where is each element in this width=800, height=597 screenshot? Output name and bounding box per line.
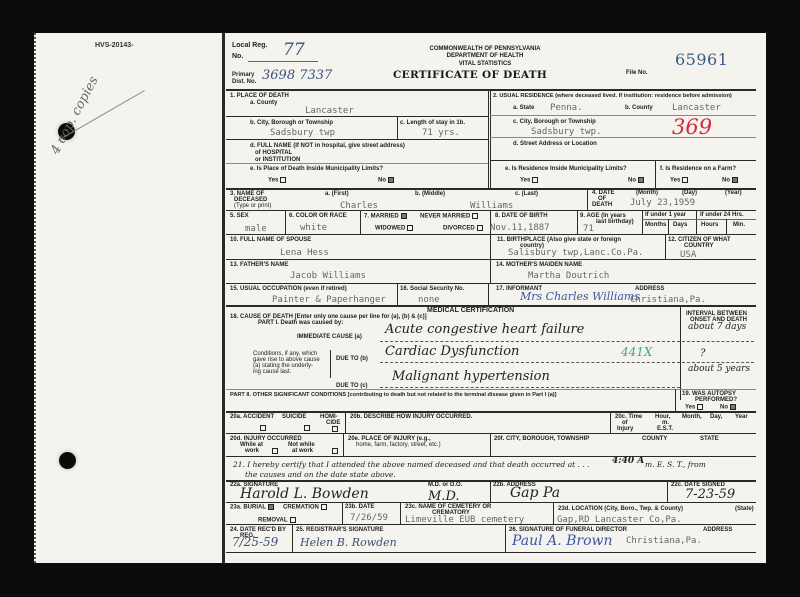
under-24-label: If under 24 Hrs. <box>700 212 744 219</box>
residence-code: 369 <box>672 115 712 139</box>
sex: male <box>245 224 267 234</box>
certification-statement: 21. I hereby certify that I attended the… <box>233 460 590 469</box>
age: 71 <box>583 224 594 234</box>
due-to-b-cause: Cardiac Dysfunction <box>385 344 519 359</box>
year-label: (Year) <box>725 190 742 197</box>
length-of-stay: 71 yrs. <box>422 128 460 138</box>
while-at-work-checkbox[interactable] <box>272 448 278 454</box>
widowed-option[interactable]: WIDOWED <box>375 225 413 232</box>
immediate-cause: Acute congestive heart failure <box>385 322 584 337</box>
residence-label: 2. USUAL RESIDENCE (where deceased lived… <box>493 93 732 99</box>
injury-year-label: Year <box>735 414 748 421</box>
location-state-label: (State) <box>735 506 754 513</box>
first-name-label: a. (First) <box>325 191 349 198</box>
time-injury-label-3: Injury <box>617 426 633 433</box>
res-county: Lancaster <box>672 103 721 113</box>
disease-code: 441X <box>621 345 652 359</box>
farm-no[interactable]: No <box>722 177 738 184</box>
cremation-option[interactable]: CREMATION <box>283 504 327 511</box>
part2-label: PART II. OTHER SIGNIFICANT CONDITIONS [c… <box>230 392 557 398</box>
date-recd-label: 24. DATE REC'D BY <box>230 527 286 534</box>
res-state: Penna. <box>550 103 583 113</box>
physician-signature: Harold L. Bowden <box>240 486 369 502</box>
physician-address: Gap Pa <box>510 485 560 501</box>
res-city: Sadsbury twp. <box>531 127 601 137</box>
immediate-cause-label: IMMEDIATE CAUSE (a) <box>297 334 362 341</box>
race-label: 6. COLOR OR RACE <box>289 213 347 220</box>
local-reg-label: Local Reg. <box>232 42 267 50</box>
not-at-work-checkbox[interactable] <box>332 448 338 454</box>
injury-state-label: STATE <box>700 436 719 443</box>
due-to-c-cause: Malignant hypertension <box>392 369 550 384</box>
informant-address-label: ADDRESS <box>635 286 664 293</box>
birthplace-label: 11. BIRTHPLACE (Also give state or forei… <box>497 237 621 244</box>
local-reg-no-label: No. <box>232 53 243 61</box>
not-at-work-label-2: at work <box>292 448 313 455</box>
informant-name: Mrs Charles Williams <box>520 290 640 303</box>
death-city-label: b. City, Borough or Township <box>250 120 333 127</box>
suicide-checkbox[interactable] <box>304 425 310 431</box>
hospital-label: d. FULL NAME (If NOT in hospital, give s… <box>250 143 405 150</box>
agency-line-1: COMMONWEALTH OF PENNSYLVANIA <box>415 46 555 52</box>
md-label: M.D. or D.O. <box>428 482 462 489</box>
immediate-interval: about 7 days <box>688 322 746 332</box>
funeral-director-signature: Paul A. Brown <box>512 533 613 549</box>
farm-yes[interactable]: Yes <box>670 177 688 184</box>
local-reg-number: 77 <box>283 40 305 60</box>
agency-line-2: DEPARTMENT OF HEALTH <box>415 53 555 59</box>
middle-name-label: b. (Middle) <box>415 191 445 198</box>
accident-checkbox[interactable] <box>260 425 266 431</box>
funeral-address-label: ADDRESS <box>703 527 732 534</box>
hour-label-3: E.S.T. <box>657 426 673 433</box>
death-city: Sadsbury twp <box>270 128 335 138</box>
informant-address: Christiana,Pa. <box>630 295 706 305</box>
autopsy-label-2: PERFORMED? <box>695 397 737 404</box>
never-married-option[interactable]: NEVER MARRIED <box>420 213 478 220</box>
registrar-signature-label: 25. REGISTRAR'S SIGNATURE <box>296 527 383 534</box>
injury-day-label: Day, <box>710 414 722 421</box>
farm-label: f. Is Residence on a Farm? <box>660 166 736 173</box>
birthplace: Salisbury twp,Lanc.Co.Pa. <box>508 248 643 258</box>
res-city-label: c. City, Borough or Township <box>513 119 596 126</box>
month-label: (Month) <box>636 190 658 197</box>
due-to-b-label: DUE TO (b) <box>336 356 368 363</box>
spouse-name: Lena Hess <box>280 248 329 258</box>
describe-injury-label: 20b. DESCRIBE HOW INJURY OCCURRED. <box>350 414 472 421</box>
punch-hole <box>59 452 76 469</box>
father-label: 13. FATHER'S NAME <box>230 262 288 269</box>
form-code: HVS-20143- <box>95 42 134 49</box>
primary-dist-label: Primary <box>232 72 254 79</box>
occupation: Painter & Paperhanger <box>272 295 386 305</box>
injury-month-label: Month, <box>682 414 702 421</box>
mother-maiden-name: Martha Doutrich <box>528 271 609 281</box>
death-county: Lancaster <box>305 106 354 116</box>
certification-statement-2: m. E. S. T., from <box>645 460 706 469</box>
date-of-death-label-3: DEATH <box>592 202 612 209</box>
burial-option[interactable]: 23a. BURIAL <box>230 504 274 511</box>
occupation-label: 15. USUAL OCCUPATION (even if retired) <box>230 286 347 293</box>
date-of-death: July 23,1959 <box>630 198 695 208</box>
page-title: CERTIFICATE OF DEATH <box>393 69 547 81</box>
months-label: Months <box>645 222 666 229</box>
ssn-label: 16. Social Security No. <box>400 286 464 293</box>
death-limits-no[interactable]: No <box>378 177 394 184</box>
name-label-3: (Type or print) <box>234 203 271 210</box>
age-label-2: last birthday) <box>596 219 634 226</box>
injury-county-label: COUNTY <box>642 436 667 443</box>
injury-city-label: 20f. CITY, BOROUGH, TOWNSHIP <box>494 436 589 443</box>
mother-label: 14. MOTHER'S MAIDEN NAME <box>496 262 582 269</box>
primary-dist-number: 3698 7337 <box>262 68 332 83</box>
days-label: Days <box>673 222 687 229</box>
while-at-work-label-2: work <box>245 448 259 455</box>
min-label: Min. <box>733 222 745 229</box>
medical-cert-title: MEDICAL CERTIFICATION <box>427 307 514 315</box>
death-time: 4:40 A <box>612 456 644 466</box>
homicide-checkbox[interactable] <box>332 426 338 432</box>
last-name-label: c. (Last) <box>515 191 538 198</box>
funeral-director-address: Christiana,Pa. <box>626 536 702 546</box>
agency-line-3: VITAL STATISTICS <box>415 61 555 67</box>
certification-statement-3: the causes and on the date state above. <box>245 470 396 479</box>
day-label: (Day) <box>682 190 697 197</box>
burial-date: 7/26/59 <box>350 513 388 523</box>
suicide-option[interactable]: SUICIDE <box>282 414 306 421</box>
county-label: a. County <box>250 100 277 107</box>
hours-label: Hours <box>701 222 718 229</box>
primary-dist-label-2: Dist. No. <box>232 79 256 86</box>
part1-label: PART I. Death was caused by: <box>258 320 343 327</box>
res-county-label: b. County <box>625 105 653 112</box>
under-year-label: If under 1 year <box>645 212 686 219</box>
res-limits-no[interactable]: No <box>628 177 644 184</box>
accident-option[interactable]: 20a. ACCIDENT <box>230 414 274 421</box>
file-number: 65961 <box>675 50 728 69</box>
death-inside-limits-label: e. Is Place of Death Inside Municipality… <box>250 166 383 173</box>
date-received: 7/25-59 <box>232 535 278 549</box>
divorced-option[interactable]: DIVORCED <box>443 225 483 232</box>
race: white <box>300 223 327 233</box>
left-stub <box>34 33 224 563</box>
date-of-birth: Nov.11,1887 <box>490 223 550 233</box>
father-name: Jacob Williams <box>290 271 366 281</box>
place-of-injury-label-2: home, farm, factory, street, etc.) <box>356 442 441 449</box>
due-to-b-interval: ? <box>700 348 705 359</box>
death-limits-yes[interactable]: Yes <box>268 177 286 184</box>
social-security-no: none <box>418 295 440 305</box>
conditions-label-4: ing cause last. <box>253 369 291 376</box>
file-no-label: File No. <box>626 70 648 77</box>
sex-label: 5. SEX <box>230 213 249 220</box>
res-state-label: a. State <box>513 105 534 112</box>
dob-label: 8. DATE OF BIRTH <box>495 213 548 220</box>
date-signed: 7-23-59 <box>685 487 735 502</box>
registrar-signature: Helen B. Rowden <box>300 536 397 549</box>
burial-date-label: 23b. DATE <box>345 504 375 511</box>
hospital-label-2: of HOSPITAL <box>255 150 292 157</box>
spouse-label: 10. FULL NAME OF SPOUSE <box>230 237 311 244</box>
citizen-label-2: COUNTRY <box>684 243 713 250</box>
married-option[interactable]: 7. MARRIED <box>364 213 407 220</box>
res-street-label: d. Street Address or Location <box>513 141 597 148</box>
due-to-c-interval: about 5 years <box>688 364 750 374</box>
res-limits-yes[interactable]: Yes <box>520 177 538 184</box>
time-injury-label: 20c. Time <box>615 414 642 421</box>
location-label: 23d. LOCATION (City, Boro., Twp. & Count… <box>558 506 683 513</box>
place-of-death-label: 1. PLACE OF DEATH <box>230 93 289 100</box>
res-inside-limits-label: e. Is Residence Inside Municipality Limi… <box>505 166 627 173</box>
stay-label: c. Length of stay in 1b. <box>400 120 465 127</box>
